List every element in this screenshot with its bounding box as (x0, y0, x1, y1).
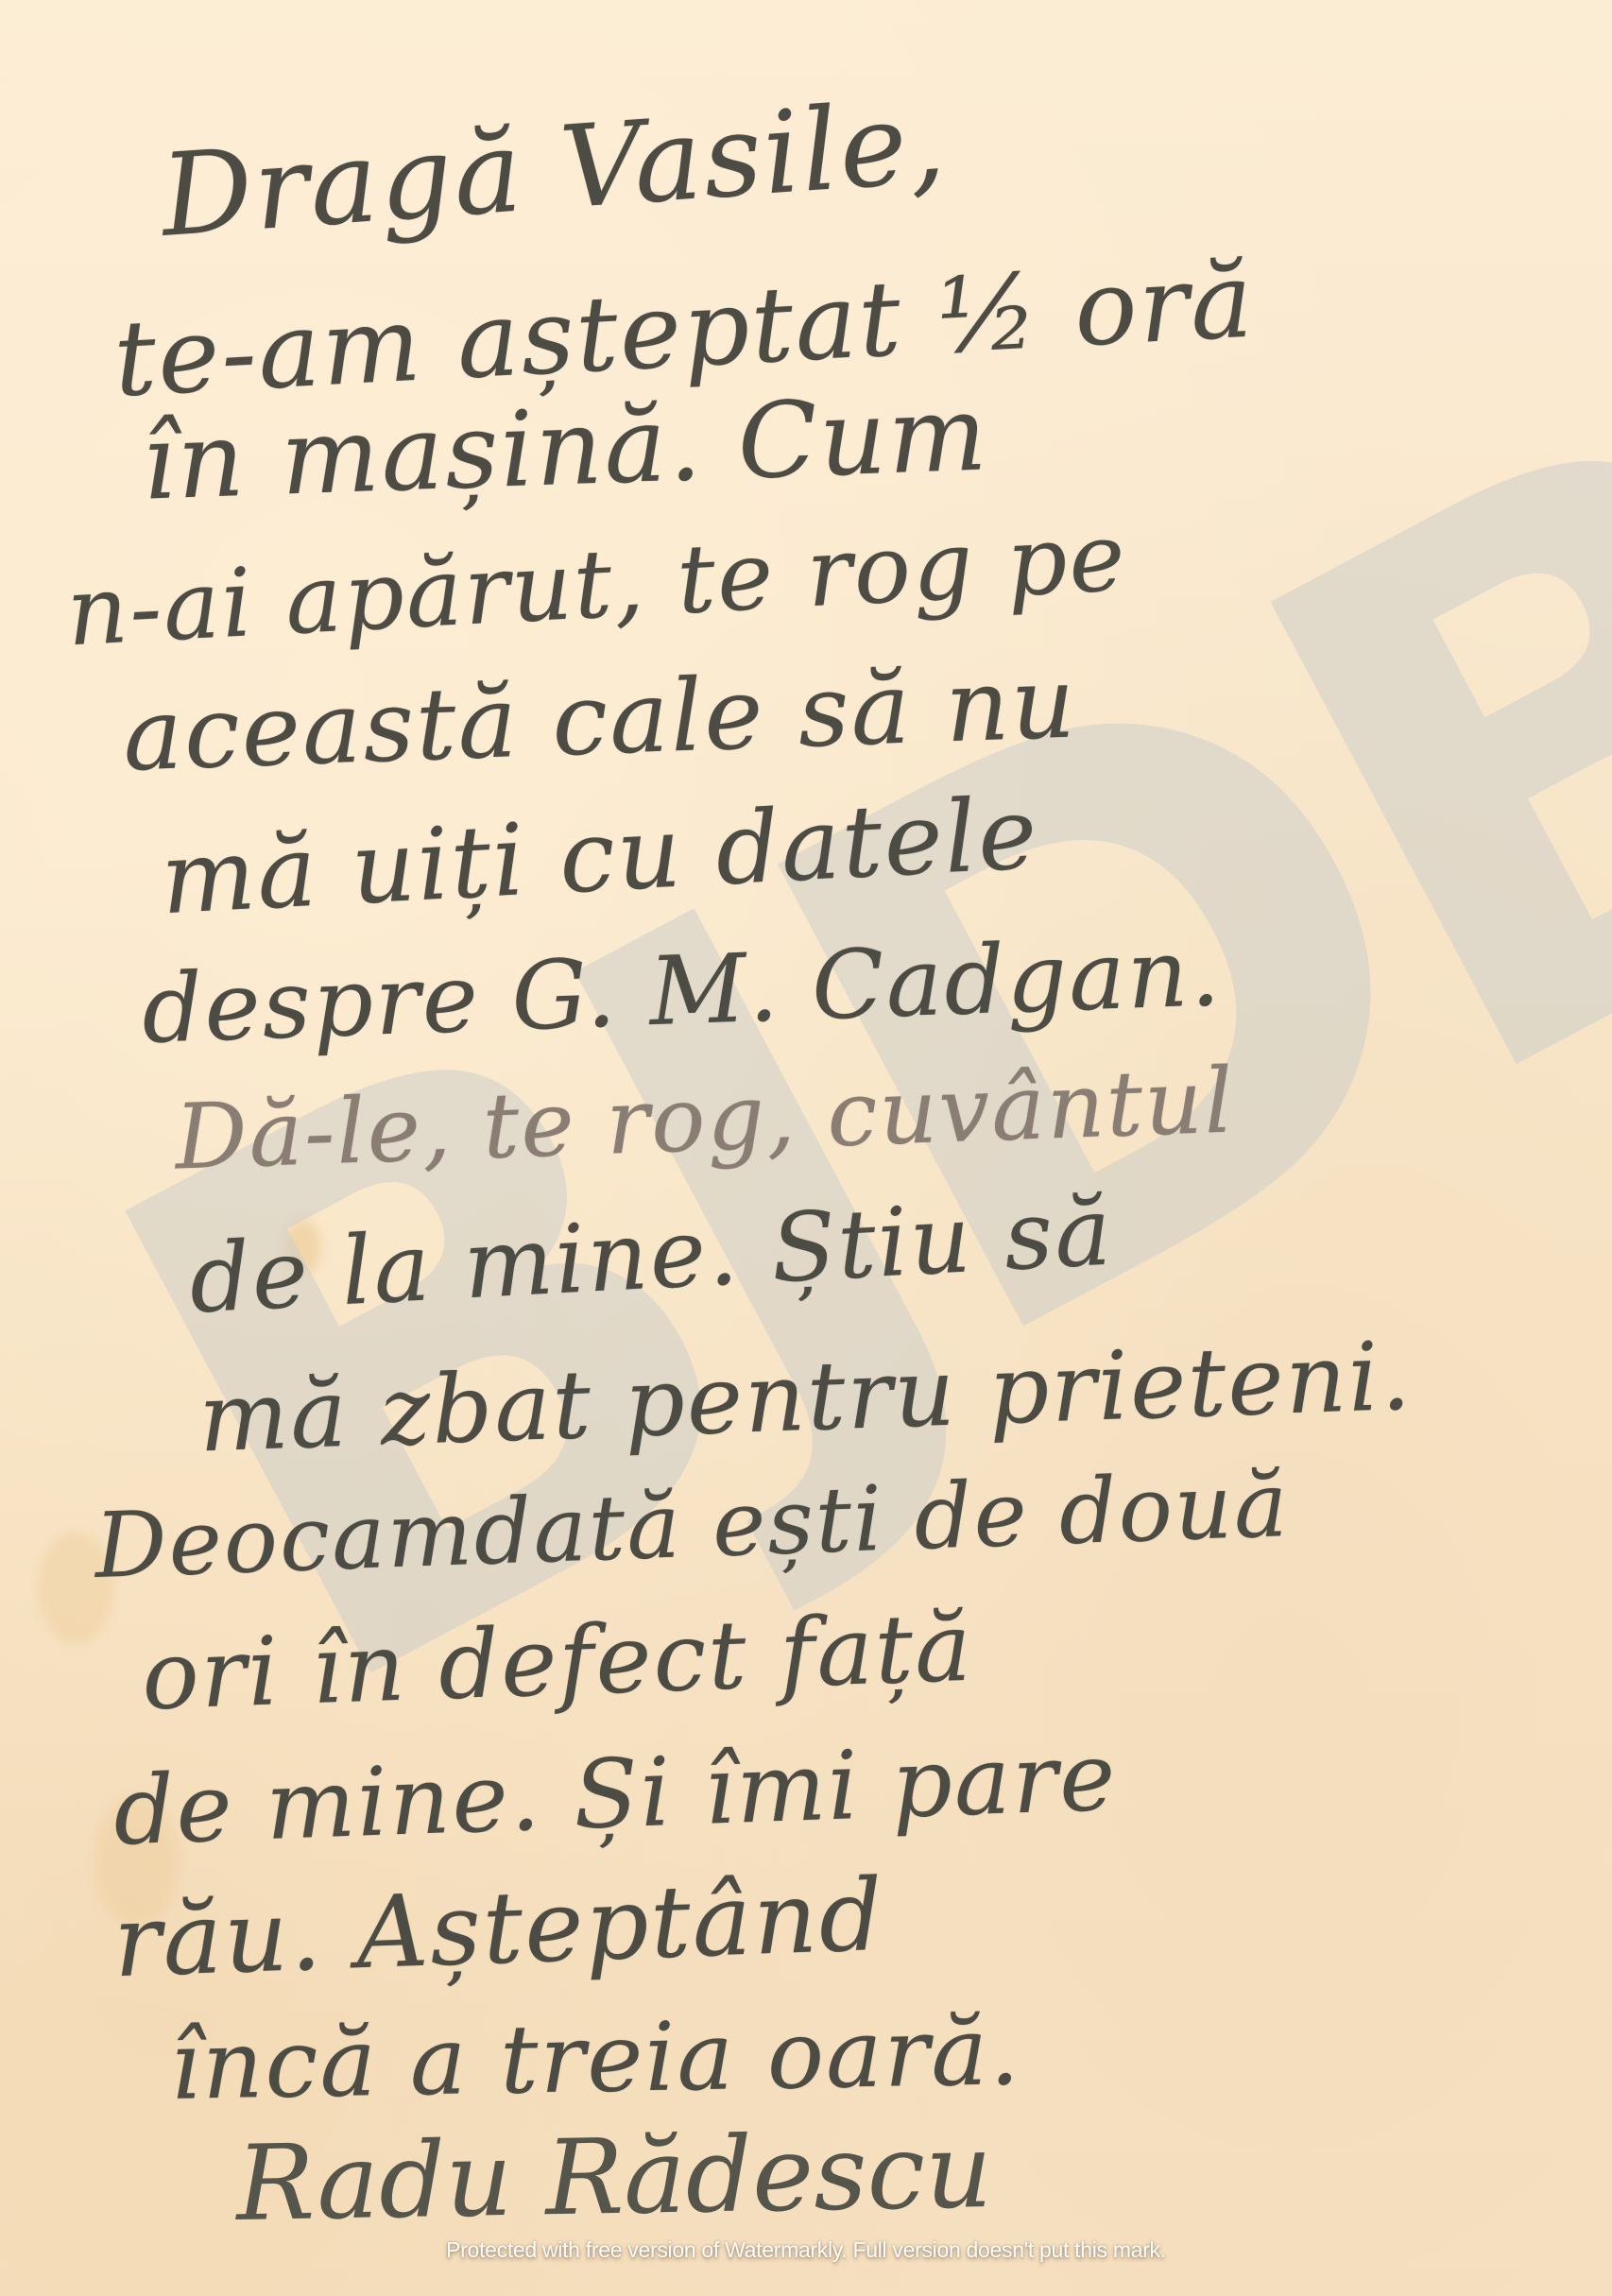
letter-line: Deocamdată ești de două (93, 1453, 1291, 1599)
letter-line: mă zbat pentru prieteni. (197, 1321, 1414, 1474)
handwritten-letter: Dragă Vasile, te-am așteptat ½ oră în ma… (0, 0, 1612, 2296)
letter-line: ori în defect față (140, 1592, 974, 1732)
letter-line: despre G. M. Cadgan. (140, 917, 1224, 1065)
letter-line-salutation: Dragă Vasile, (157, 77, 951, 263)
letter-line: această cale să nu (121, 644, 1078, 793)
watermarkly-footer-text: Protected with free version of Watermark… (0, 2237, 1612, 2263)
letter-line: Dă-le, te rog, cuvântul (173, 1049, 1236, 1190)
letter-line: încă a treia oară. (169, 1996, 1022, 2121)
letter-line: de la mine. Știu să (187, 1175, 1116, 1334)
letter-line: de mine. Și îmi pare (111, 1721, 1119, 1866)
letter-line: rău. Așteptând (111, 1858, 886, 1999)
signature: Radu Rădescu (235, 2110, 993, 2244)
letter-line: n-ai apărut, te rog pe (64, 502, 1130, 668)
letter-line: mă uiți cu datele (158, 776, 1041, 936)
